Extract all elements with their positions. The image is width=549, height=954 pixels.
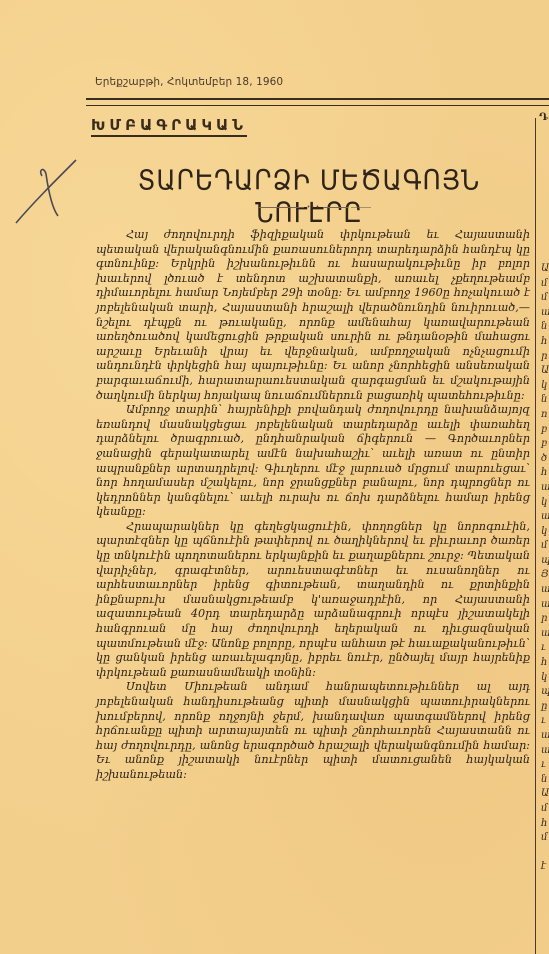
adjacent-column-letter: է xyxy=(541,860,549,875)
handwritten-x-mark xyxy=(8,148,78,228)
adjacent-column-letter xyxy=(541,846,549,861)
ornament-line-left xyxy=(259,207,304,208)
adjacent-column-letter: ւ xyxy=(541,714,549,729)
adjacent-column-letter: ն xyxy=(541,773,549,788)
article-paragraph: Հայ ժողովուրդի ֆիզիքական փրկութեան եւ Հա… xyxy=(96,228,530,403)
article-paragraph: Ամբողջ տարին՝ հայրենիքի բովանդակ ժողովու… xyxy=(96,403,530,520)
adjacent-column-letter: կ xyxy=(541,671,549,686)
adjacent-column-text-fragment: ԱմմանհրԱկնոբբծհակակմպՅաարաւհկպըւաաւնԱմհմ… xyxy=(541,262,549,875)
adjacent-column-letter: ւ xyxy=(541,641,549,656)
adjacent-column-letter: ւ xyxy=(541,758,549,773)
adjacent-column-letter: Ա xyxy=(541,262,549,277)
adjacent-column-letter: ն xyxy=(541,393,549,408)
ornament-line-right xyxy=(323,207,348,208)
adjacent-column-letter: մ xyxy=(541,277,549,292)
adjacent-column-letter: ր xyxy=(541,612,549,627)
adjacent-column-letter: ա xyxy=(541,598,549,613)
adjacent-column-letter: ա xyxy=(541,510,549,525)
adjacent-column-letter: ա xyxy=(541,627,549,642)
adjacent-column-letter: Ա xyxy=(541,787,549,802)
adjacent-column-letter: կ xyxy=(541,379,549,394)
adjacent-column-letter: հ xyxy=(541,656,549,671)
ornament-dots: •◦• xyxy=(307,204,321,211)
header-rule xyxy=(86,98,549,106)
adjacent-column-letter: պ xyxy=(541,554,549,569)
adjacent-column-letter: Յ xyxy=(541,568,549,583)
ornament-line-far-right xyxy=(351,207,371,208)
section-label: ԽՄԲԱԳՐԱԿԱՆ xyxy=(91,116,247,137)
adjacent-column-letter: ր xyxy=(541,350,549,365)
article-paragraph: Հրապարակներ կը գեղեցկացուէին, փողոցներ կ… xyxy=(96,520,530,681)
column-divider xyxy=(535,118,536,954)
adjacent-column-letter: ա xyxy=(541,729,549,744)
adjacent-column-letter: ծ xyxy=(541,452,549,467)
adjacent-column-letter: ը xyxy=(541,700,549,715)
adjacent-column-letter: մ xyxy=(541,539,549,554)
adjacent-column-letter: ո xyxy=(541,408,549,423)
adjacent-column-letter: ա xyxy=(541,744,549,759)
adjacent-column-letter: Ա xyxy=(541,364,549,379)
adjacent-column-letter: ն xyxy=(541,320,549,335)
adjacent-column-letter: կ xyxy=(541,525,549,540)
adjacent-column-letter: հ xyxy=(541,817,549,832)
dateline: Երեքշաբթի, Հոկտեմբեր 18, 1960 xyxy=(95,76,283,88)
adjacent-column-letter: մ xyxy=(541,802,549,817)
adjacent-column-letter: հ xyxy=(541,335,549,350)
article-headline: ՏԱՐԵԴԱՐՁԻ ՄԵԾԱԳՈՅՆ ՆՈՒԷՐԸ xyxy=(86,163,532,228)
adjacent-column-letter: ա xyxy=(541,583,549,598)
adjacent-column-letter: հ xyxy=(541,466,549,481)
adjacent-column-letter: պ xyxy=(541,685,549,700)
adjacent-column-edge: Դ. ԱմմանհրԱկնոբբծհակակմպՅաարաւհկպըւաաւնԱ… xyxy=(539,112,549,954)
adjacent-column-letter: կ xyxy=(541,496,549,511)
adjacent-column-letter: ա xyxy=(541,306,549,321)
adjacent-column-letter: մ xyxy=(541,831,549,846)
adjacent-column-letter: բ xyxy=(541,437,549,452)
ornament-divider: •◦• xyxy=(245,202,385,212)
adjacent-column-letter: մ xyxy=(541,291,549,306)
article-body: Հայ ժողովուրդի ֆիզիքական փրկութեան եւ Հա… xyxy=(96,228,530,783)
article-paragraph: Սովետ Միութեան անդամ հանրապետութիւններ ա… xyxy=(96,680,530,782)
adjacent-column-letter: ա xyxy=(541,481,549,496)
adjacent-column-letter: բ xyxy=(541,423,549,438)
adjacent-column-heading-fragment: Դ. xyxy=(539,112,549,123)
